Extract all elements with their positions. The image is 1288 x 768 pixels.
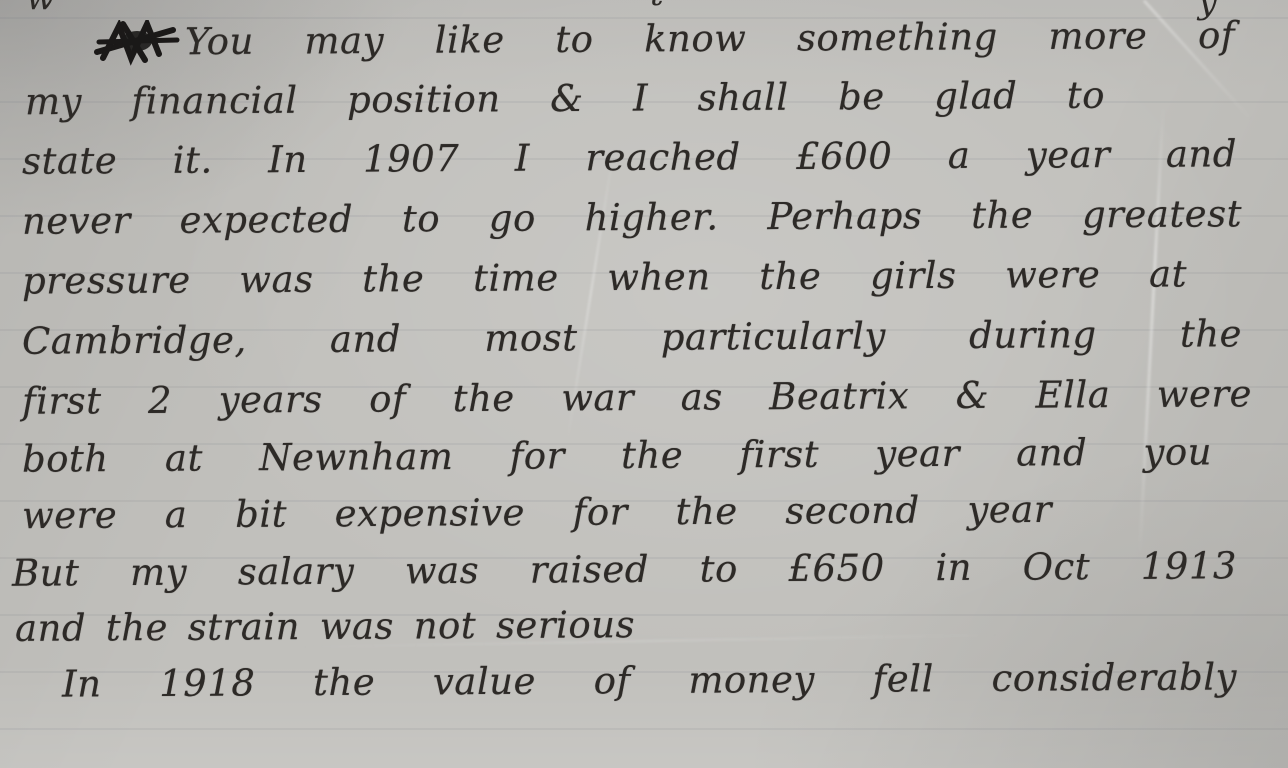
letter-line: were a bit expensive for the second year bbox=[22, 487, 1052, 539]
letter-line: pressure was the time when the girls wer… bbox=[22, 251, 1187, 304]
letter-line: But my salary was raised to £650 in Oct … bbox=[12, 543, 1237, 596]
cutoff-stroke: w bbox=[26, 0, 55, 18]
letter-line: both at Newnham for the first year and y… bbox=[22, 429, 1212, 482]
crossed-out-word bbox=[93, 20, 181, 68]
letter-line: never expected to go higher. Perhaps the… bbox=[22, 191, 1242, 244]
letter-line: and the strain was not serious bbox=[15, 602, 635, 652]
cutoff-stroke: t bbox=[650, 0, 664, 14]
letter-line: state it. In 1907 I reached £600 a year … bbox=[22, 131, 1237, 184]
letter-line: Cambridge, and most particularly during … bbox=[22, 311, 1242, 364]
letter-line: first 2 years of the war as Beatrix & El… bbox=[22, 371, 1252, 425]
letter-line: In 1918 the value of money fell consider… bbox=[62, 654, 1237, 707]
letter-line: You may like to know something more of bbox=[185, 13, 1235, 65]
letter-photo: w t y You may like to know something mor… bbox=[0, 0, 1288, 768]
letter-line: my financial position & I shall be glad … bbox=[25, 73, 1105, 126]
